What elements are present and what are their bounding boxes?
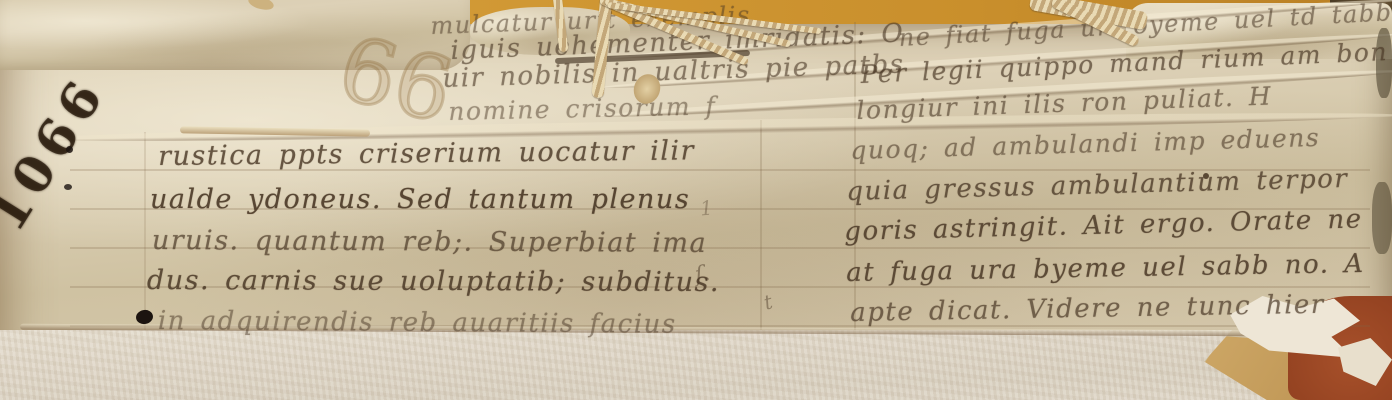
column-rule-left xyxy=(760,120,762,334)
manuscript-photo: mulcatur urit exemplis iguis uehementer … xyxy=(0,0,1392,400)
manuscript-line: ualde ydoneus. Sed tantum plenus xyxy=(150,184,690,215)
ink-blot xyxy=(64,184,72,190)
manuscript-line: in adquirendis reb auaritiis facius xyxy=(158,306,677,340)
parchment-blank-flap xyxy=(0,330,1392,400)
ink-blot xyxy=(66,146,73,153)
edge-shadow xyxy=(1372,182,1392,254)
manuscript-line: rustica ppts criserium uocatur ilir xyxy=(158,135,695,172)
margin-rule xyxy=(144,132,146,332)
gutter-pen-mark: 1 xyxy=(699,195,714,220)
manuscript-line: nomine crisorum f xyxy=(448,91,717,126)
ink-blot xyxy=(1203,173,1209,179)
manuscript-line: dus. carnis sue uoluptatib; subditus. xyxy=(147,265,720,298)
gutter-pen-mark: ſ. xyxy=(693,261,711,288)
manuscript-line: uruis. quantum reb;. Superbiat ima xyxy=(152,225,707,259)
